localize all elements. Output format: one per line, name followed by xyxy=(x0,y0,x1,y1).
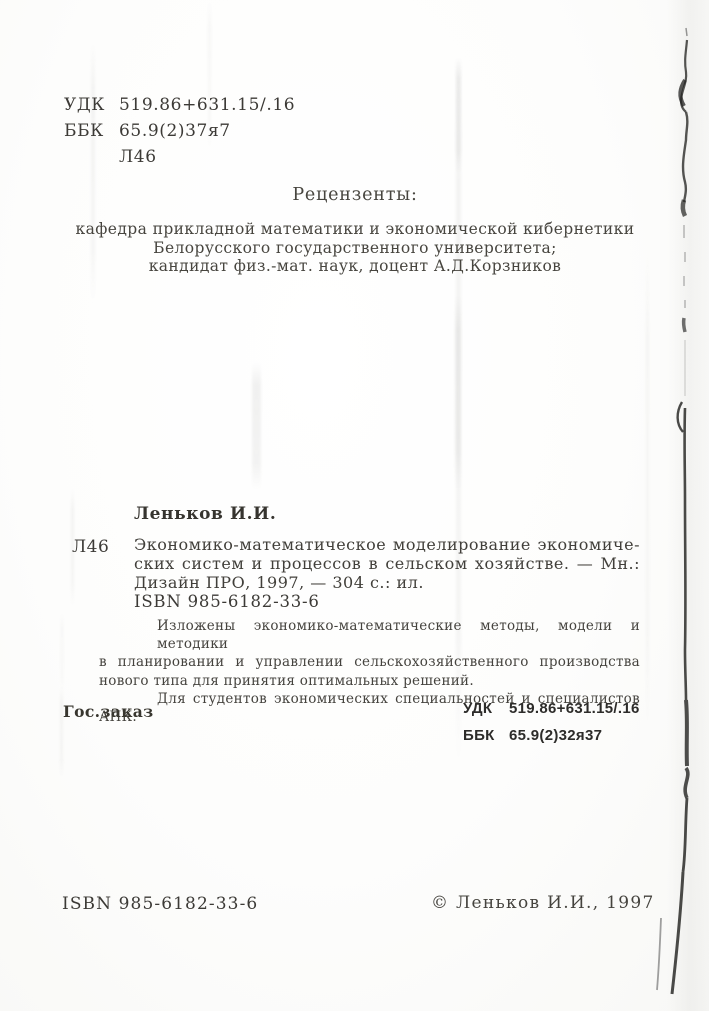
bbk-value: 65.9(2)32я37 xyxy=(509,727,602,744)
reviewers-heading: Рецензенты: xyxy=(10,185,700,205)
scan-edge-shading xyxy=(667,0,709,1011)
bib-line: Дизайн ПРО, 1997, — 304 с.: ил. xyxy=(134,574,640,593)
copyright-notice: © Леньков И.И., 1997 xyxy=(431,893,655,913)
bbk-label: ББК xyxy=(463,723,509,750)
author-sign-entry: Л46 xyxy=(72,537,109,557)
reviewer-line: Белорусского государственного университе… xyxy=(10,239,700,258)
classification-codes-bottom: УДК519.86+631.15/.16 ББК65.9(2)32я37 xyxy=(463,696,640,749)
bib-line: ских систем и процессов в сельском хозяй… xyxy=(134,555,640,574)
bbk-line: ББК65.9(2)37я7 xyxy=(64,118,295,144)
isbn-bottom: ISBN 985-6182-33-6 xyxy=(62,894,258,914)
udk-line: УДК519.86+631.15/.16 xyxy=(64,92,295,118)
author-name: Леньков И.И. xyxy=(134,504,276,524)
classification-codes-top: УДК519.86+631.15/.16 ББК65.9(2)37я7 Л46 xyxy=(64,92,295,170)
bbk-label: ББК xyxy=(64,118,119,144)
udk-value: 519.86+631.15/.16 xyxy=(509,700,640,717)
scan-streak xyxy=(455,295,461,490)
book-imprint-page: УДК519.86+631.15/.16 ББК65.9(2)37я7 Л46 … xyxy=(0,0,709,1011)
reviewer-line: кандидат физ.-мат. наук, доцент А.Д.Корз… xyxy=(10,257,700,276)
bbk-value: 65.9(2)37я7 xyxy=(119,121,231,141)
bbk-line: ББК65.9(2)32я37 xyxy=(463,723,640,750)
udk-label: УДК xyxy=(64,92,119,118)
author-sign-top: Л46 xyxy=(64,144,295,170)
scan-streak xyxy=(61,612,63,692)
reviewer-line: кафедра прикладной математики и экономич… xyxy=(10,220,700,239)
annotation-line: нового типа для принятия оптимальных реш… xyxy=(99,672,640,690)
reviewers-block: Рецензенты: кафедра прикладной математик… xyxy=(10,185,700,276)
scan-streak xyxy=(60,686,63,778)
annotation-line: Изложены экономико-математические методы… xyxy=(99,617,640,653)
scan-edge-artifact xyxy=(640,0,709,1011)
scan-streak xyxy=(252,362,261,490)
annotation-line: в планировании и управлении сельскохозяй… xyxy=(99,653,640,671)
isbn-entry: ISBN 985-6182-33-6 xyxy=(134,592,320,611)
udk-line: УДК519.86+631.15/.16 xyxy=(463,696,640,723)
bibliographic-description: Экономико-математическое моделирование э… xyxy=(134,536,640,592)
gos-zakaz-label: Гос.заказ xyxy=(63,702,154,721)
udk-label: УДК xyxy=(463,696,509,723)
udk-value: 519.86+631.15/.16 xyxy=(119,95,295,115)
bib-line: Экономико-математическое моделирование э… xyxy=(134,536,640,555)
scan-streak xyxy=(646,250,649,730)
scan-streak xyxy=(456,58,461,173)
